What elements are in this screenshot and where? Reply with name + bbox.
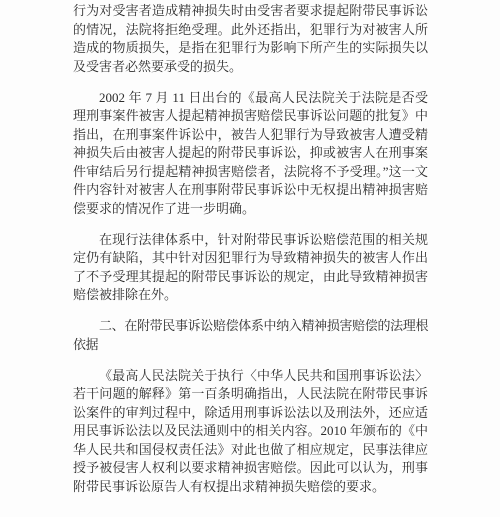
- paragraph-continuation: 行为对受害者造成精神损失时由受害者要求提起附带民事诉讼的情况，法院将拒绝受理。此…: [73, 2, 428, 76]
- paragraph: 《最高人民法院关于执行〈中华人民共和国刑事诉讼法〉若干问题的解释》第一百条明确指…: [73, 367, 428, 497]
- document-page: 行为对受害者造成精神损失时由受害者要求提起附带民事诉讼的情况，法院将拒绝受理。此…: [0, 0, 500, 517]
- paragraph: 2002 年 7 月 11 日出台的《最高人民法院关于法院是否受理刑事案件被害人…: [73, 89, 428, 219]
- paragraph: 在现行法律体系中，针对附带民事诉讼赔偿范围的相关规定仍有缺陷，其中针对因犯罪行为…: [73, 231, 428, 305]
- section-heading: 二、在附带民事诉讼赔偿体系中纳入精神损害赔偿的法理根依据: [73, 317, 428, 354]
